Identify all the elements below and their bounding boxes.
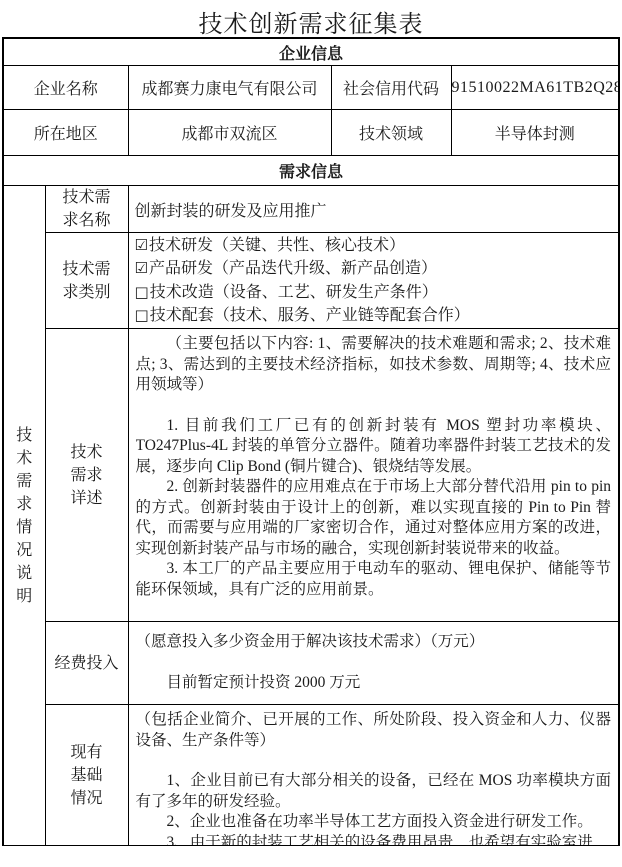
basis-paragraph: 2、企业也准备在功率半导体工艺方面投入资金进行研发工作。 [136,812,612,833]
page-title: 技术创新需求征集表 [0,4,622,39]
checkbox-checked-icon: ☑ [135,236,148,254]
side-label-tech-demand-situation: 技 术 需 求 情 况 说 明 [3,186,45,846]
checkbox-unchecked-icon: □ [135,283,149,301]
demand-category-options: ☑技术研发（关键、共性、核心技术） ☑产品研发（产品迭代升级、新产品创造） □技… [128,233,619,329]
detail-paragraph: 1. 目前我们工厂已有的创新封装有 MOS 塑封功率模块、TO247Plus-4… [136,416,612,478]
basis-paragraph: 1、企业目前已有大部分相关的设备，已经在 MOS 功率模块方面有了多年的研发经验… [136,771,612,812]
category-option-label: 技术研发（关键、共性、核心技术） [149,237,405,254]
category-option-label: 技术配套（技术、服务、产业链等配套合作） [150,307,470,324]
region-value: 成都市双流区 [128,110,331,156]
basis-hint: （包括企业简介、已开展的工作、所处阶段、投入资金和人力、仪器设备、生产条件等） [136,710,612,751]
demand-detail-label: 技术 需求 详述 [45,329,128,622]
region-label: 所在地区 [3,110,128,156]
demand-collection-form-table: 企业信息 企业名称 成都赛力康电气有限公司 社会信用代码 91510022MA6… [2,37,620,846]
tech-field-label: 技术领域 [331,110,451,156]
credit-code-label: 社会信用代码 [331,66,451,110]
enterprise-name-value: 成都赛力康电气有限公司 [128,66,331,110]
detail-paragraph: 2. 创新封装器件的应用难点在于市场上大部分替代沿用 pin to pin 的方… [136,477,612,559]
category-option-label: 技术改造（设备、工艺、研发生产条件） [150,284,438,301]
tech-field-value: 半导体封测 [451,110,619,156]
category-option: □技术配套（技术、服务、产业链等配套合作） [135,304,619,328]
demand-name-value: 创新封装的研发及应用推广 [128,186,619,233]
document-page: 技术创新需求征集表 企业信息 企业名称 成都赛力康电气有限公司 社会信用代码 9… [0,0,622,867]
category-option-label: 产品研发（产品迭代升级、新产品创造） [149,260,437,277]
category-option: ☑产品研发（产品迭代升级、新产品创造） [135,257,619,281]
demand-name-label: 技术需 求名称 [45,186,128,233]
checkbox-unchecked-icon: □ [135,306,149,324]
detail-hint: （主要包括以下内容: 1、需要解决的技术难题和需求; 2、技术难点; 3、需达到… [136,334,612,396]
demand-section-header: 需求信息 [3,156,619,186]
funding-content: （愿意投入多少资金用于解决该技术需求）（万元） 目前暂定预计投资 2000 万元 [128,622,619,705]
basis-content: （包括企业简介、已开展的工作、所处阶段、投入资金和人力、仪器设备、生产条件等） … [128,705,619,846]
enterprise-section-header: 企业信息 [3,38,619,66]
funding-value: 目前暂定预计投资 2000 万元 [136,673,612,694]
basis-label: 现有 基础 情况 [45,705,128,846]
category-option: ☑技术研发（关键、共性、核心技术） [135,234,619,258]
checkbox-checked-icon: ☑ [135,259,148,277]
credit-code-value: 91510022MA61TB2Q28 [451,66,619,110]
demand-category-label: 技术需 求类别 [45,233,128,329]
demand-detail-content: （主要包括以下内容: 1、需要解决的技术难题和需求; 2、技术难点; 3、需达到… [128,329,619,622]
basis-paragraph: 3、由于新的封装工艺相关的设备费用昂贵，也希望有实验室进 [136,833,612,846]
enterprise-name-label: 企业名称 [3,66,128,110]
detail-paragraph: 3. 本工厂的产品主要应用于电动车的驱动、锂电保护、储能等节能环保领域，具有广泛… [136,559,612,600]
category-option: □技术改造（设备、工艺、研发生产条件） [135,281,619,305]
funding-hint: （愿意投入多少资金用于解决该技术需求）（万元） [136,627,612,653]
funding-label: 经费投入 [45,622,128,705]
